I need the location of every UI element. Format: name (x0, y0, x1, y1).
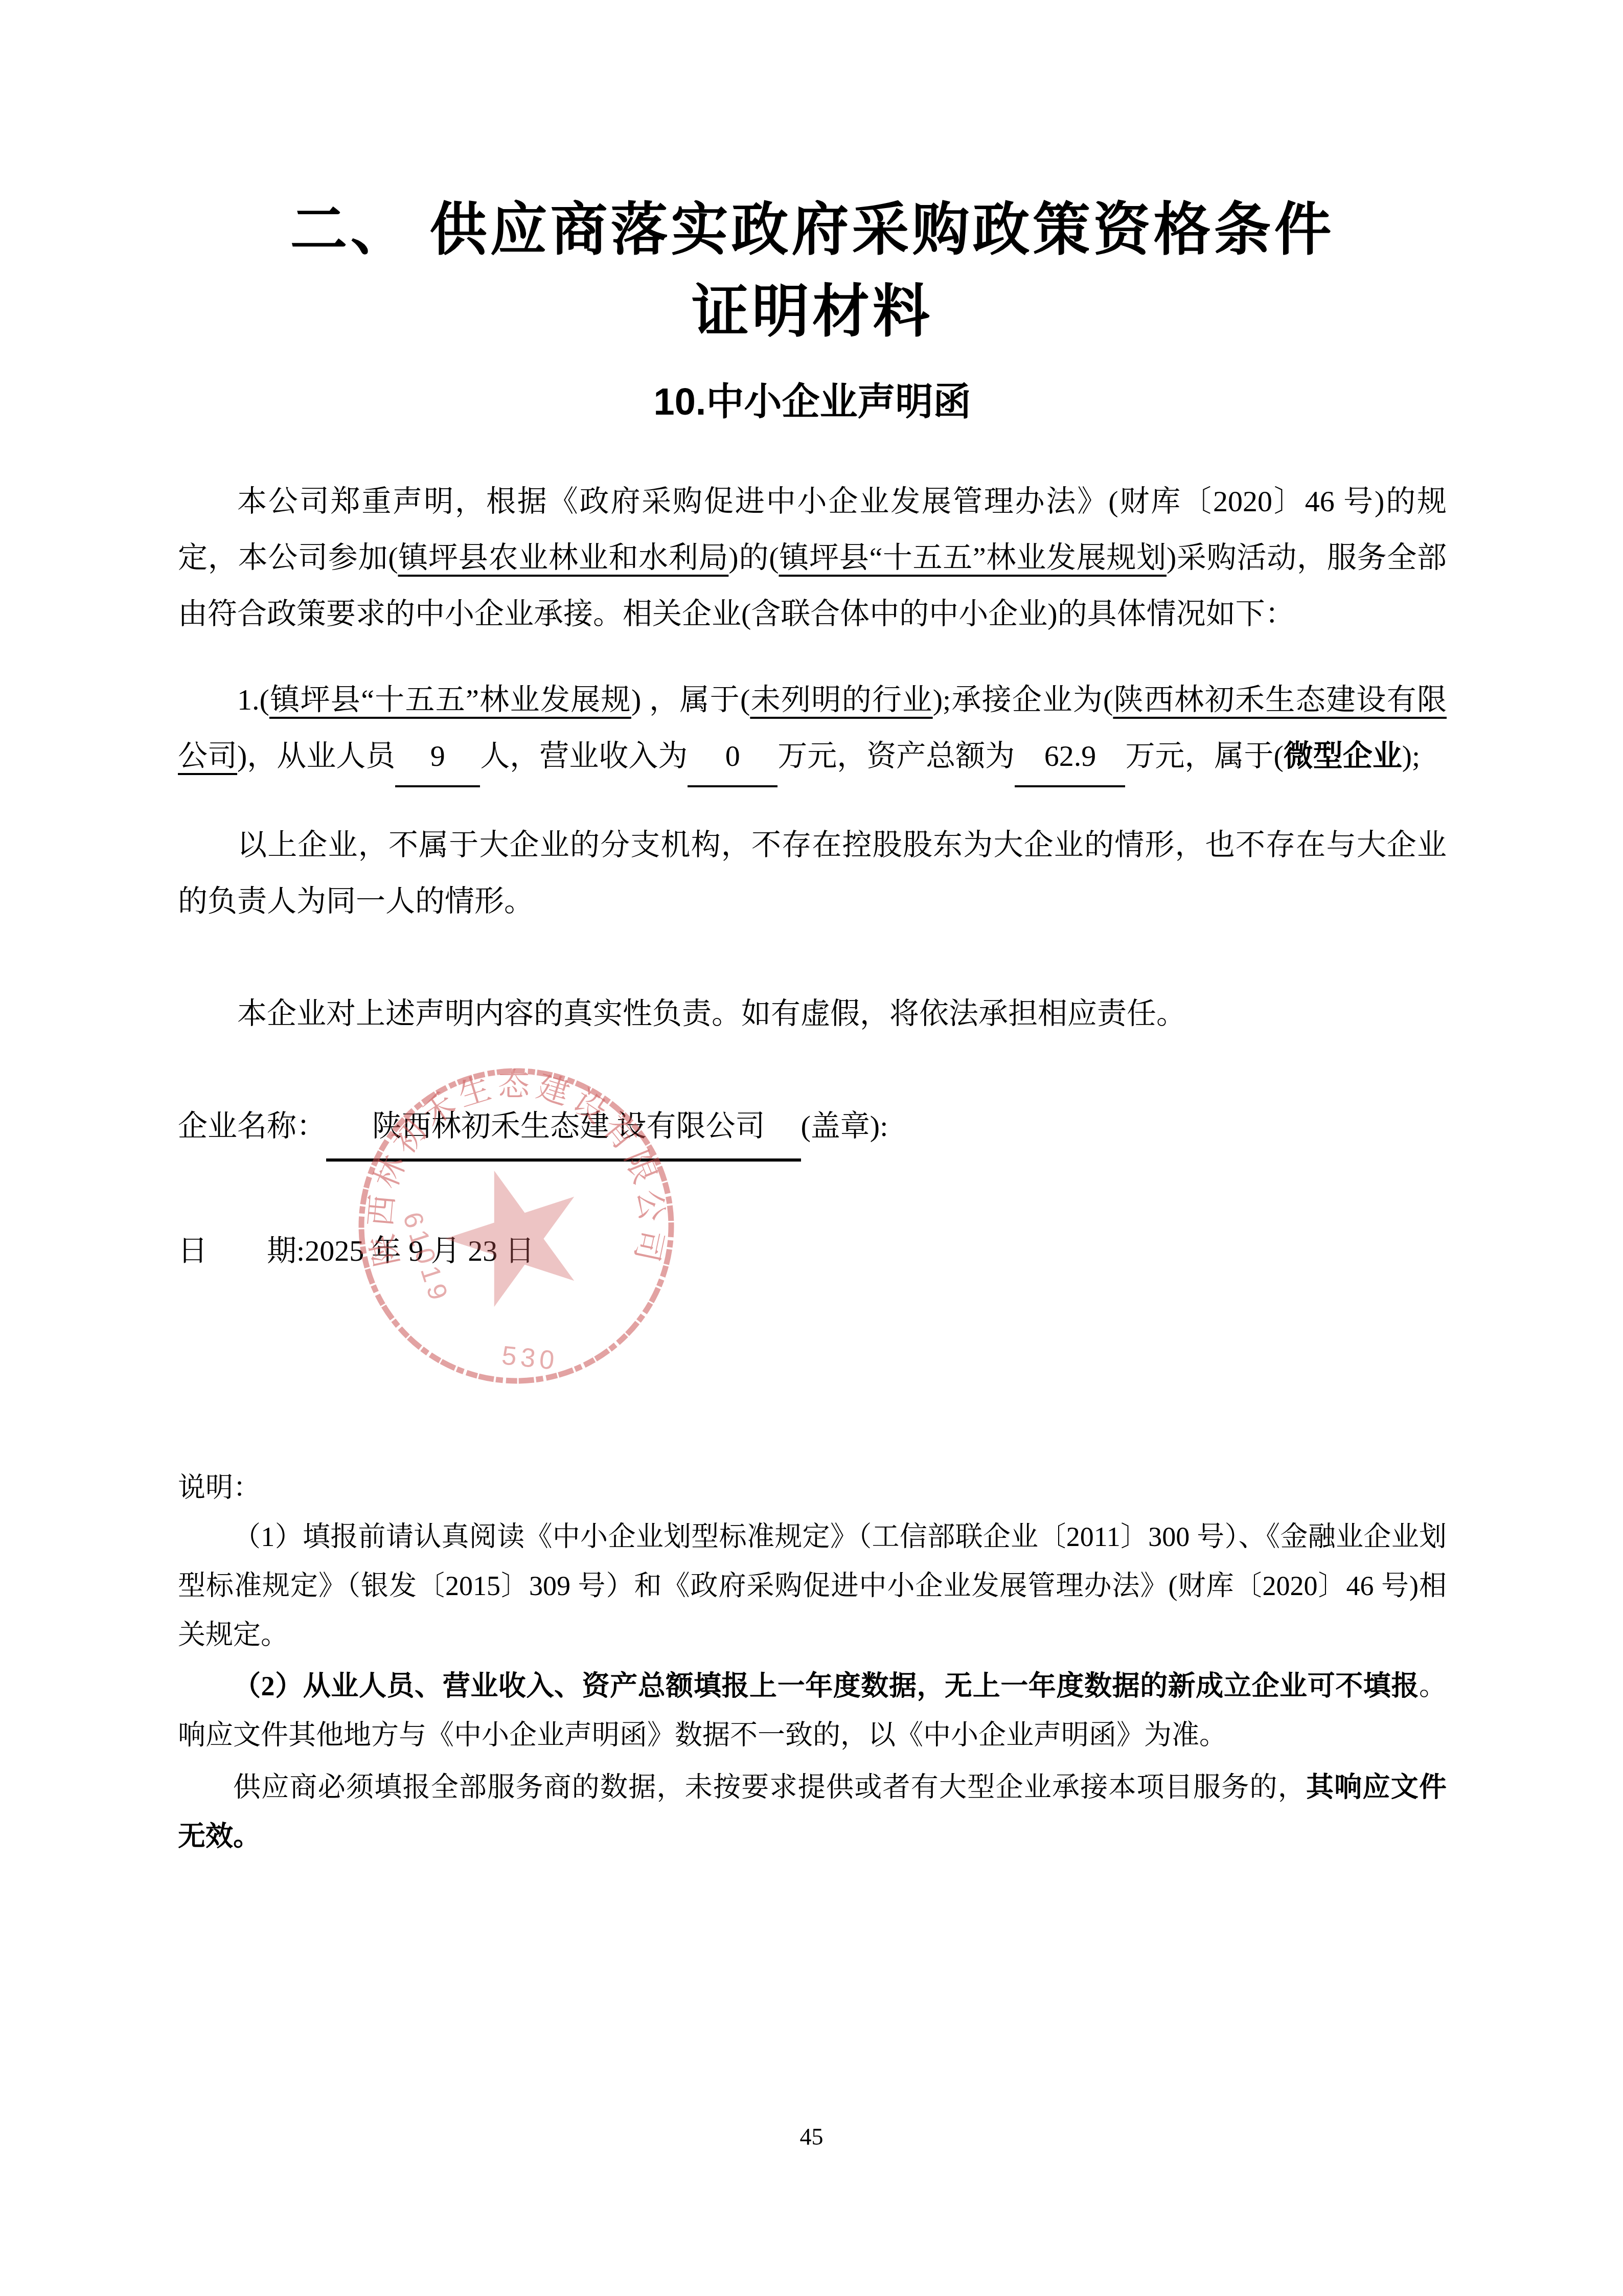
document-title: 二、 供应商落实政府采购政策资格条件 证明材料 (178, 189, 1447, 353)
company-name-signature-row: 企业名称：陕西林初禾生态建 设有限公司(盖章): (178, 1098, 1447, 1162)
company-name-label: 企业名称： (178, 1109, 326, 1143)
enterprise-type-value: 微型企业 (1284, 739, 1402, 772)
total-assets-value: 62.9 (1015, 728, 1125, 787)
page-number: 45 (0, 2122, 1623, 2152)
declaration-paragraph-2: 1.(镇坪县“十五五”林业发展规) ，属于(未列明的行业);承接企业为(陕西林初… (178, 672, 1447, 787)
date-row: 日 期:2025 年 9 月 23 日 (178, 1223, 1447, 1279)
p1-text: )的( (728, 541, 779, 574)
notes-section: 说明： （1）填报前请认真阅读《中小企业划型标准规定》（工信部联企业〔2011〕… (178, 1463, 1447, 1861)
declaration-paragraph-1: 本公司郑重声明，根据《政府采购促进中小企业发展管理办法》(财库〔2020〕46 … (178, 473, 1447, 642)
p2-text: 万元，属于( (1125, 739, 1283, 772)
seal-number-bottom: 530 (500, 1340, 560, 1376)
note-2-bold-text: （2）从业人员、营业收入、资产总额填报上一年度数据，无上一年度数据的新成立企业可… (233, 1671, 1419, 1701)
p2-text: ); (1402, 739, 1420, 772)
project-name-underlined: 镇坪县“十五五”林业发展规划 (779, 541, 1167, 574)
note-3: 供应商必须填报全部服务商的数据，未按要求提供或者有大型企业承接本项目服务的，其响… (178, 1763, 1447, 1861)
seal-label: (盖章): (801, 1109, 888, 1143)
company-name-signature-value: 陕西林初禾生态建 设有限公司 (326, 1098, 801, 1162)
declaration-paragraph-3: 以上企业，不属于大企业的分支机构，不存在控股股东为大企业的情形，也不存在与大企业… (178, 817, 1447, 929)
p2-text: );承接企业为( (933, 683, 1113, 716)
declaration-paragraph-4: 本企业对上述声明内容的真实性负责。如有虚假，将依法承担相应责任。 (178, 986, 1447, 1042)
employees-count-value: 9 (395, 728, 480, 787)
purchaser-name-underlined: 镇坪县农业林业和水利局 (398, 541, 728, 574)
p2-text: ) ，属于( (631, 683, 750, 716)
p2-text: 万元，资产总额为 (778, 739, 1015, 772)
revenue-value: 0 (688, 728, 778, 787)
date-value: 2025 年 9 月 23 日 (305, 1234, 535, 1267)
p2-text: )，从业人员 (237, 739, 395, 772)
p2-text: 1.( (237, 683, 269, 716)
contract-name-underlined: 镇坪县“十五五”林业发展规 (269, 683, 631, 716)
declaration-document-page: 二、 供应商落实政府采购政策资格条件 证明材料 10.中小企业声明函 本公司郑重… (0, 0, 1623, 2296)
document-title-line2: 证明材料 (178, 271, 1447, 353)
p2-text: 人，营业收入为 (480, 739, 688, 772)
section-heading: 10.中小企业声明函 (178, 371, 1447, 433)
notes-heading: 说明： (178, 1463, 1447, 1512)
date-label: 日 期: (178, 1234, 305, 1267)
note-1: （1）填报前请认真阅读《中小企业划型标准规定》（工信部联企业〔2011〕300 … (178, 1512, 1447, 1660)
note-2: （2）从业人员、营业收入、资产总额填报上一年度数据，无上一年度数据的新成立企业可… (178, 1662, 1447, 1760)
note-3-regular-text: 供应商必须填报全部服务商的数据，未按要求提供或者有大型企业承接本项目服务的， (233, 1772, 1306, 1803)
industry-name-underlined: 未列明的行业 (750, 683, 932, 716)
document-title-line1: 二、 供应商落实政府采购政策资格条件 (178, 189, 1447, 271)
